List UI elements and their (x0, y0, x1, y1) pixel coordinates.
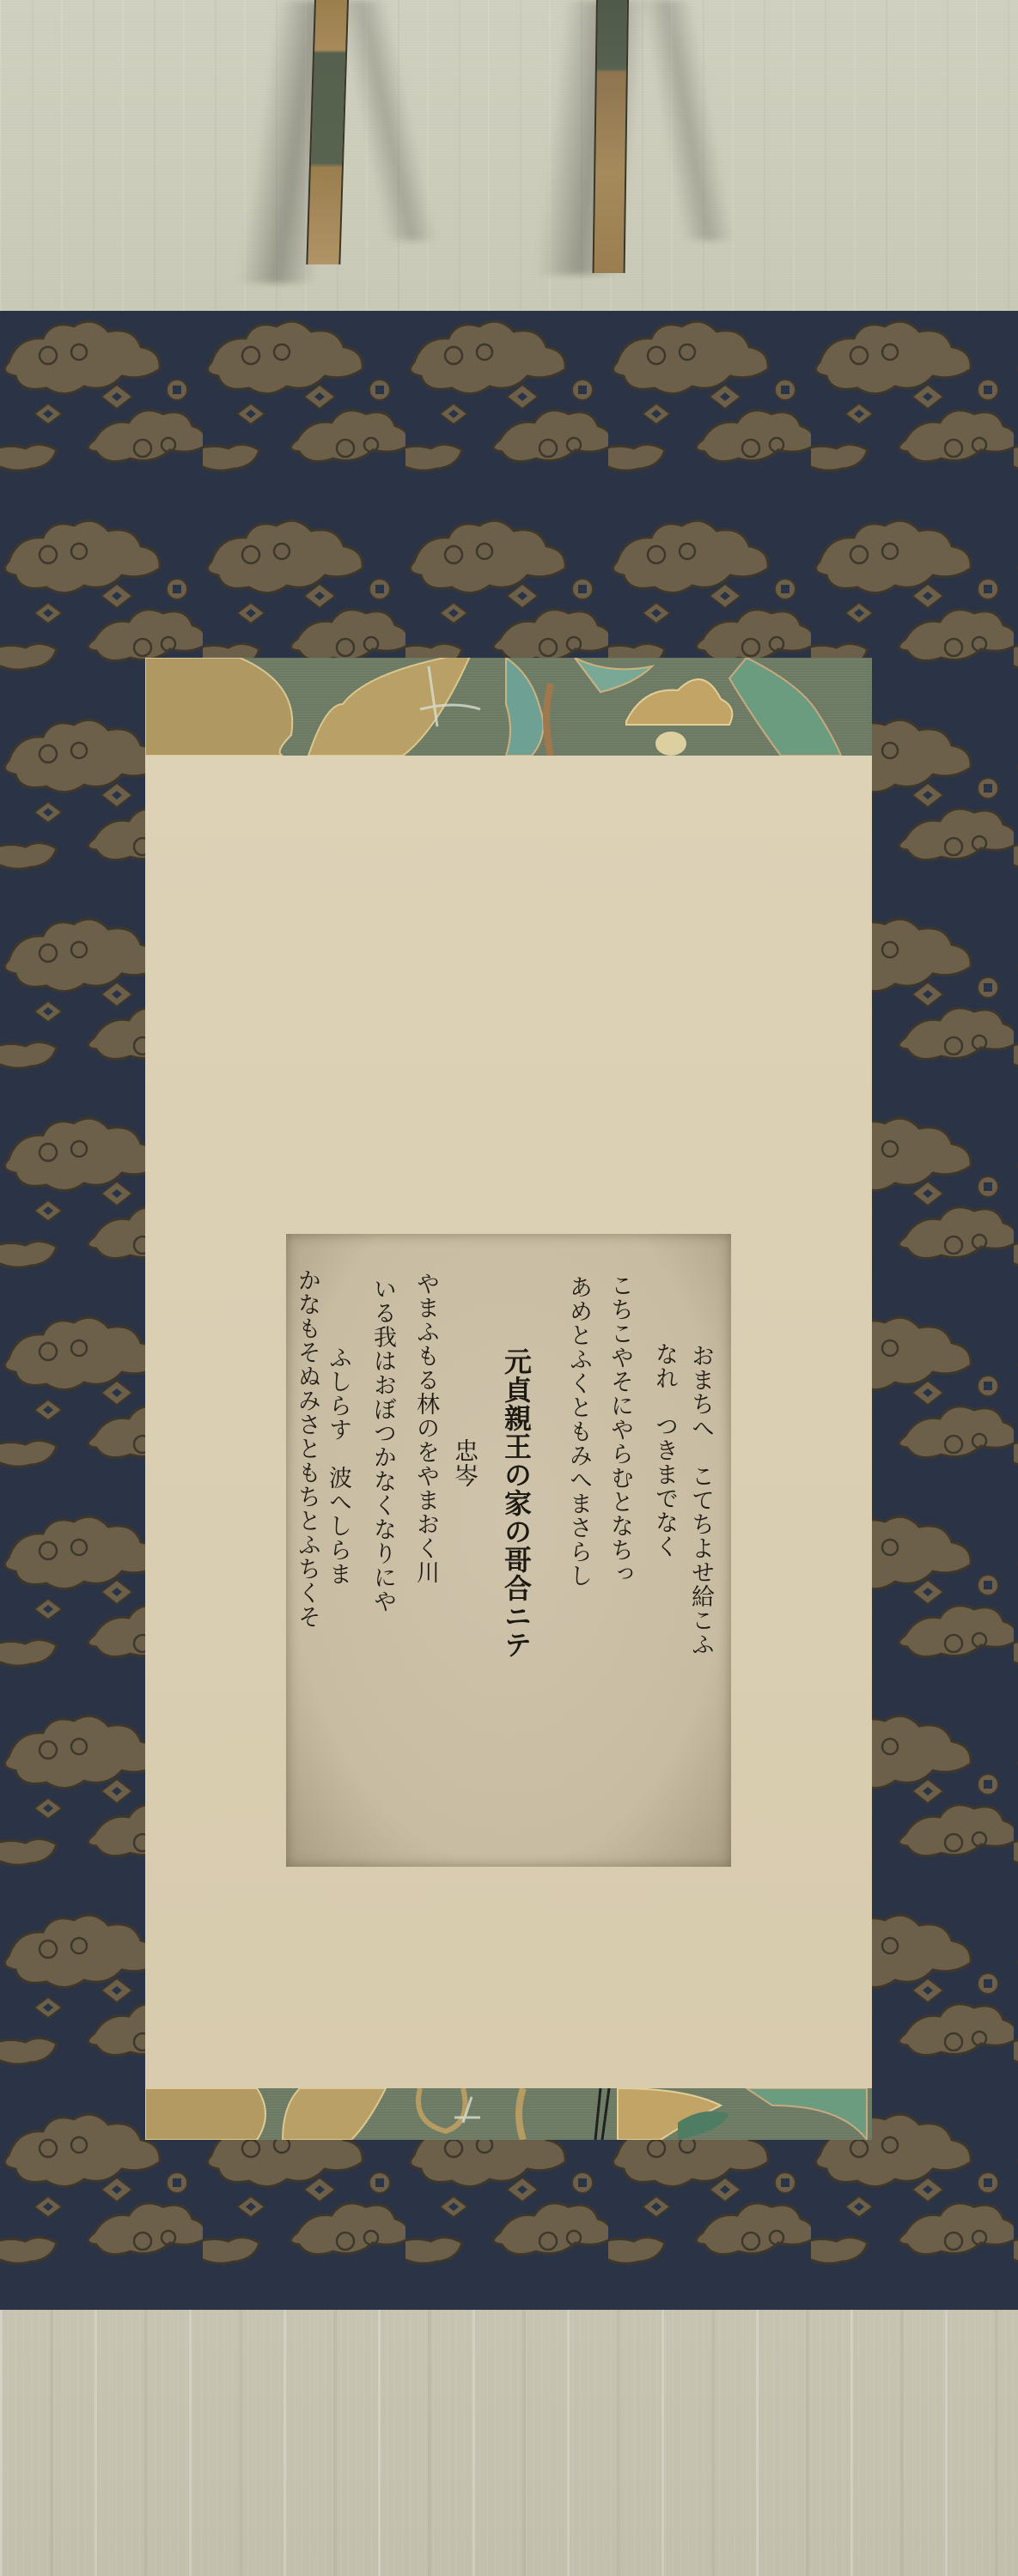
hanging-strap-right (593, 0, 629, 273)
bottom-embroidered-band (145, 2088, 872, 2140)
calligraphy-column-4: あめとふくともみへまさらし (567, 1275, 590, 1588)
calligraphy-heading-column: 元貞親王の家の哥合ニテ (503, 1347, 530, 1659)
top-silk-panel (0, 0, 1018, 313)
calligraphy-column-10: かなもそぬみさともちとふちくそ (296, 1268, 319, 1629)
calligraphy-column-9: ふしらす 波へしらま (326, 1346, 350, 1586)
top-embroidered-band (145, 658, 872, 756)
calligraphy-author: 忠岑 (453, 1438, 477, 1488)
calligraphy-sheet: おまちへ こてちよせ給こふ なれ つきまでなく こちこやそにやらむとなちっ あめ… (286, 1234, 731, 1867)
calligraphy-column-2: なれ つきまでなく (653, 1342, 676, 1558)
bottom-silk-panel (0, 2310, 1018, 2576)
calligraphy-column-7: やまふもる林のをやまおく川 (414, 1272, 437, 1584)
foliage-embroidery-icon (145, 2088, 872, 2140)
calligraphy-column-3: こちこやそにやらむとなちっ (608, 1273, 631, 1586)
foliage-embroidery-icon (145, 658, 872, 756)
calligraphy-column-1: おまちへ こてちよせ給こふ (689, 1344, 712, 1656)
calligraphy-column-8: いる我はおぼつかなくなりにや (371, 1277, 394, 1613)
